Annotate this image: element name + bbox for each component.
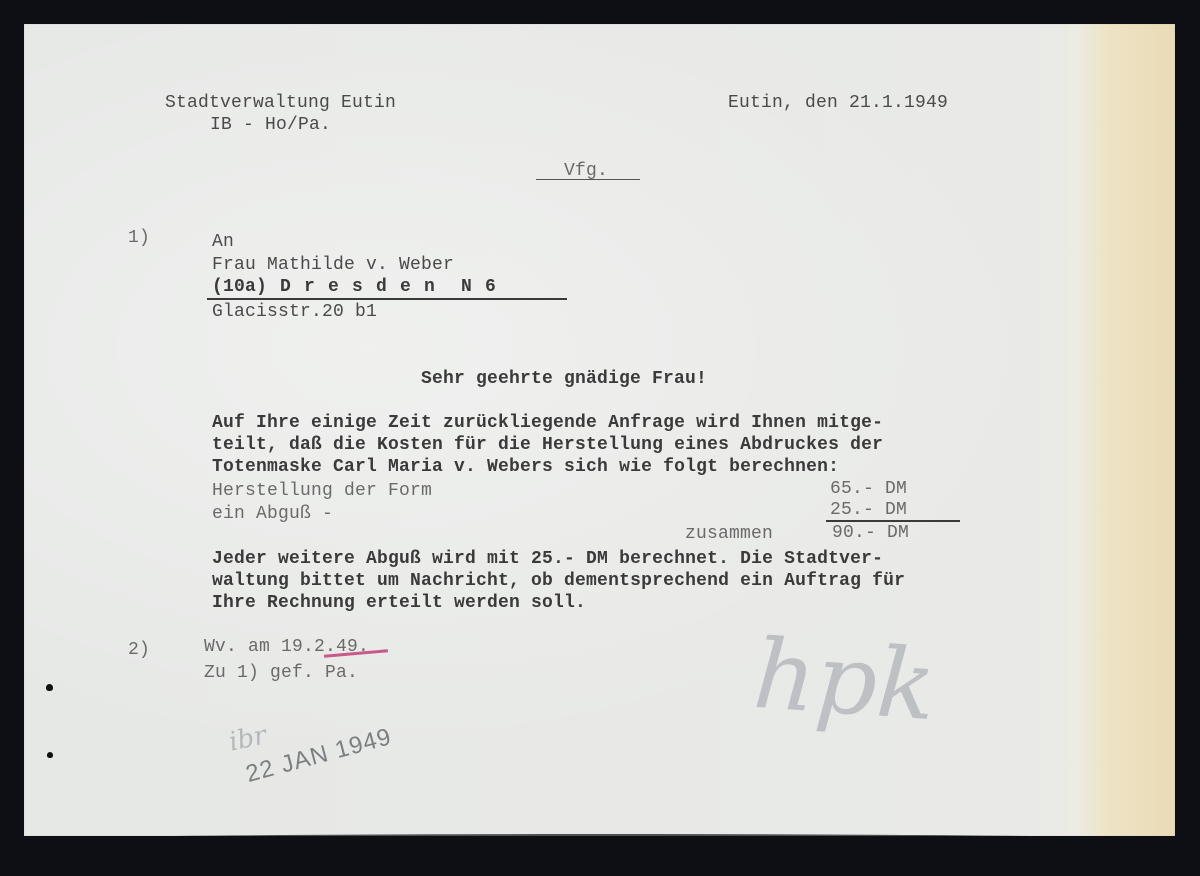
item2-note: Zu 1) gef. Pa.: [204, 664, 358, 683]
handwritten-signature: hpk: [750, 618, 939, 742]
cost-amount-cast: 25.- DM: [830, 501, 907, 520]
total-label: zusammen: [685, 525, 773, 544]
punch-mark-bottom: [47, 752, 53, 758]
greeting: Sehr geehrte gnädige Frau!: [421, 370, 707, 389]
body-line-3: Totenmaske Carl Maria v. Webers sich wie…: [212, 458, 839, 477]
punch-mark-top: [46, 684, 53, 691]
closing-line-3: Ihre Rechnung erteilt werden soll.: [212, 594, 586, 613]
total-amount: 90.- DM: [832, 524, 909, 543]
place-date: Eutin, den 21.1.1949: [728, 94, 948, 113]
stamp-initials: ibr: [226, 720, 269, 757]
paper-torn-edge: [24, 834, 1175, 840]
body-line-2: teilt, daß die Kosten für die Herstellun…: [212, 436, 883, 455]
closing-line-1: Jeder weitere Abguß wird mit 25.- DM ber…: [212, 550, 883, 569]
document-sheet: Stadtverwaltung Eutin IB - Ho/Pa. Eutin,…: [24, 24, 1175, 836]
cost-label-cast: ein Abguß -: [212, 505, 333, 524]
item2-number: 2): [128, 641, 150, 660]
city-underline: [207, 298, 567, 300]
recipient-name: Frau Mathilde v. Weber: [212, 256, 454, 275]
cost-amount-form: 65.- DM: [830, 480, 907, 499]
body-line-1: Auf Ihre einige Zeit zurückliegende Anfr…: [212, 414, 883, 433]
cost-label-form: Herstellung der Form: [212, 482, 432, 501]
item1-number: 1): [128, 229, 150, 248]
sender-name: Stadtverwaltung Eutin: [165, 94, 396, 113]
recipient-to: An: [212, 233, 234, 252]
sum-rule: [826, 520, 960, 522]
recipient-street: Glacisstr.20 b1: [212, 303, 377, 322]
closing-line-2: waltung bittet um Nachricht, ob dementsp…: [212, 572, 905, 591]
vfg-underline: [536, 179, 640, 180]
recipient-city: (10a) D r e s d e n N 6: [212, 278, 496, 297]
reference-code: IB - Ho/Pa.: [210, 116, 331, 135]
followup-prefix: Wv. am: [204, 637, 281, 657]
